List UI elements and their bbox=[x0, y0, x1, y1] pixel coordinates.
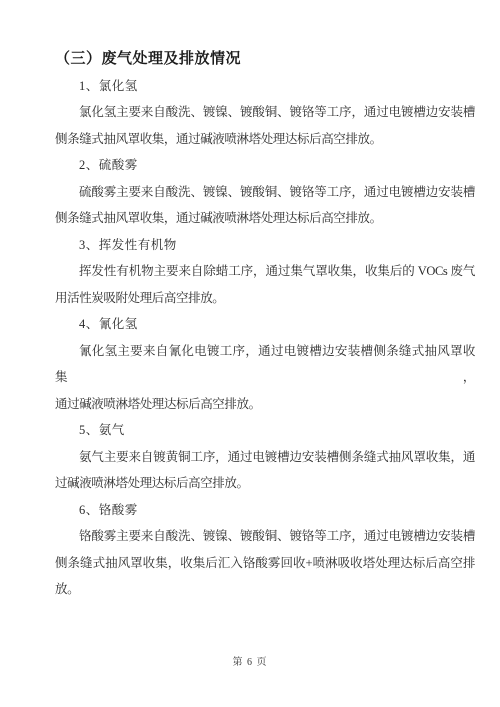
section-title: 6、铬酸雾 bbox=[55, 497, 475, 524]
section: 2、硫酸雾 硫酸雾主要来自酸洗、镀镍、镀酸铜、镀铬等工序，通过电镀槽边安装槽侧条… bbox=[55, 152, 475, 232]
paragraph-line: 侧条缝式抽风罩收集，通过碱液喷淋塔处理达标后高空排放。 bbox=[55, 205, 475, 232]
section-paragraph: 氨气主要来自镀黄铜工序，通过电镀槽边安装槽侧条缝式抽风罩收集，通过碱液喷淋塔处理… bbox=[55, 444, 475, 497]
section-paragraph: 氰化氢主要来自氰化电镀工序，通过电镀槽边安装槽侧条缝式抽风罩收集，通过碱液喷淋塔… bbox=[55, 338, 475, 418]
paragraph-line: 氰化氢主要来自氰化电镀工序，通过电镀槽边安装槽侧条缝式抽风罩收集， bbox=[55, 338, 475, 391]
section: 5、氨气 氨气主要来自镀黄铜工序，通过电镀槽边安装槽侧条缝式抽风罩收集，通过碱液… bbox=[55, 417, 475, 497]
paragraph-line: 过碱液喷淋塔处理达标后高空排放。 bbox=[55, 470, 475, 497]
section-paragraph: 氯化氢主要来自酸洗、镀镍、镀酸铜、镀铬等工序，通过电镀槽边安装槽侧条缝式抽风罩收… bbox=[55, 99, 475, 152]
section-title: 1、氯化氢 bbox=[55, 73, 475, 100]
section-paragraph: 挥发性有机物主要来自除蜡工序，通过集气罩收集，收集后的 VOCs 废气用活性炭吸… bbox=[55, 258, 475, 311]
paragraph-line: 用活性炭吸附处理后高空排放。 bbox=[55, 285, 475, 312]
section-title: 5、氨气 bbox=[55, 417, 475, 444]
section: 4、氰化氢 氰化氢主要来自氰化电镀工序，通过电镀槽边安装槽侧条缝式抽风罩收集，通… bbox=[55, 311, 475, 417]
section-title: 4、氰化氢 bbox=[55, 311, 475, 338]
paragraph-line: 铬酸雾主要来自酸洗、镀镍、镀酸铜、镀铬等工序，通过电镀槽边安装槽 bbox=[55, 523, 475, 550]
sections: 1、氯化氢 氯化氢主要来自酸洗、镀镍、镀酸铜、镀铬等工序，通过电镀槽边安装槽侧条… bbox=[55, 73, 475, 603]
paragraph-line: 硫酸雾主要来自酸洗、镀镍、镀酸铜、镀铬等工序，通过电镀槽边安装槽 bbox=[55, 179, 475, 206]
paragraph-line: 侧条缝式抽风罩收集，通过碱液喷淋塔处理达标后高空排放。 bbox=[55, 126, 475, 153]
section: 6、铬酸雾 铬酸雾主要来自酸洗、镀镍、镀酸铜、镀铬等工序，通过电镀槽边安装槽侧条… bbox=[55, 497, 475, 603]
section-paragraph: 铬酸雾主要来自酸洗、镀镍、镀酸铜、镀铬等工序，通过电镀槽边安装槽侧条缝式抽风罩收… bbox=[55, 523, 475, 603]
section-title: 2、硫酸雾 bbox=[55, 152, 475, 179]
paragraph-line: 氨气主要来自镀黄铜工序，通过电镀槽边安装槽侧条缝式抽风罩收集，通 bbox=[55, 444, 475, 471]
page-number: 第 6 页 bbox=[0, 653, 500, 668]
section-title: 3、挥发性有机物 bbox=[55, 232, 475, 259]
paragraph-line: 放。 bbox=[55, 576, 475, 603]
paragraph-line: 氯化氢主要来自酸洗、镀镍、镀酸铜、镀铬等工序，通过电镀槽边安装槽 bbox=[55, 99, 475, 126]
section-paragraph: 硫酸雾主要来自酸洗、镀镍、镀酸铜、镀铬等工序，通过电镀槽边安装槽侧条缝式抽风罩收… bbox=[55, 179, 475, 232]
section: 3、挥发性有机物 挥发性有机物主要来自除蜡工序，通过集气罩收集，收集后的 VOC… bbox=[55, 232, 475, 312]
document-page: （三）废气处理及排放情况 1、氯化氢 氯化氢主要来自酸洗、镀镍、镀酸铜、镀铬等工… bbox=[0, 0, 500, 707]
paragraph-line: 侧条缝式抽风罩收集，收集后汇入铬酸雾回收+喷淋吸收塔处理达标后高空排 bbox=[55, 550, 475, 577]
paragraph-line: 挥发性有机物主要来自除蜡工序，通过集气罩收集，收集后的 VOCs 废气 bbox=[55, 258, 475, 285]
page-heading: （三）废气处理及排放情况 bbox=[55, 46, 475, 73]
document-content: （三）废气处理及排放情况 1、氯化氢 氯化氢主要来自酸洗、镀镍、镀酸铜、镀铬等工… bbox=[55, 46, 475, 603]
section: 1、氯化氢 氯化氢主要来自酸洗、镀镍、镀酸铜、镀铬等工序，通过电镀槽边安装槽侧条… bbox=[55, 73, 475, 153]
paragraph-line: 通过碱液喷淋塔处理达标后高空排放。 bbox=[55, 391, 475, 418]
